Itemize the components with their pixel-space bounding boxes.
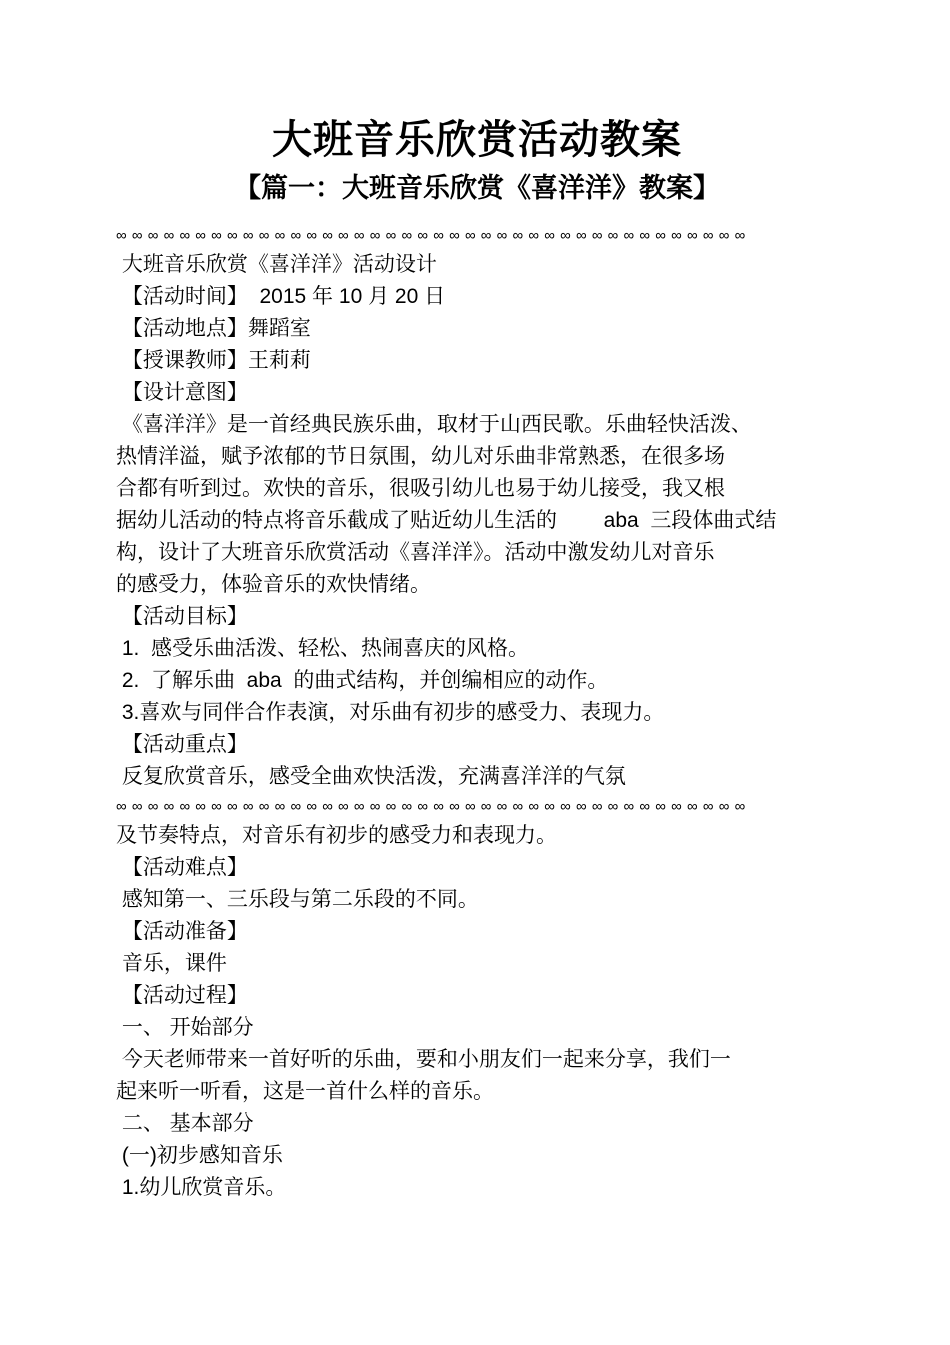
text-line: 3.喜欢与同伴合作表演，对乐曲有初步的感受力、表现力。: [116, 697, 838, 729]
document-body: ∞ ∞ ∞ ∞ ∞ ∞ ∞ ∞ ∞ ∞ ∞ ∞ ∞ ∞ ∞ ∞ ∞ ∞ ∞ ∞ …: [116, 222, 838, 1204]
text-line: 【活动时间】 2015 年 10 月 20 日: [116, 281, 838, 313]
text-line: 【活动过程】: [116, 980, 838, 1012]
text-line: 构，设计了大班音乐欣赏活动《喜洋洋》。活动中激发幼儿对音乐: [116, 537, 838, 569]
text-line: 【活动目标】: [116, 601, 838, 633]
text-line: 1. 感受乐曲活泼、轻松、热闹喜庆的风格。: [116, 633, 838, 665]
text-line: 反复欣赏音乐，感受全曲欢快活泼，充满喜洋洋的气氛: [116, 761, 838, 793]
text-line: 【授课教师】王莉莉: [116, 345, 838, 377]
text-line: 2. 了解乐曲 aba 的曲式结构，并创编相应的动作。: [116, 665, 838, 697]
text-line: 合都有听到过。欢快的音乐，很吸引幼儿也易于幼儿接受，我又根: [116, 473, 838, 505]
text-line: 【活动难点】: [116, 852, 838, 884]
infinity-divider: ∞ ∞ ∞ ∞ ∞ ∞ ∞ ∞ ∞ ∞ ∞ ∞ ∞ ∞ ∞ ∞ ∞ ∞ ∞ ∞ …: [116, 222, 838, 249]
text-line: 感知第一、三乐段与第二乐段的不同。: [116, 884, 838, 916]
text-line: 的感受力，体验音乐的欢快情绪。: [116, 569, 838, 601]
text-line: 音乐，课件: [116, 948, 838, 980]
text-line: 今天老师带来一首好听的乐曲，要和小朋友们一起来分享，我们一: [116, 1044, 838, 1076]
text-line: 【活动重点】: [116, 729, 838, 761]
text-line: 【设计意图】: [116, 377, 838, 409]
text-line: 大班音乐欣赏《喜洋洋》活动设计: [116, 249, 838, 281]
infinity-divider: ∞ ∞ ∞ ∞ ∞ ∞ ∞ ∞ ∞ ∞ ∞ ∞ ∞ ∞ ∞ ∞ ∞ ∞ ∞ ∞ …: [116, 793, 838, 820]
text-line: 《喜洋洋》是一首经典民族乐曲，取材于山西民歌。乐曲轻快活泼、: [116, 409, 838, 441]
text-line: 【活动准备】: [116, 916, 838, 948]
text-line: 据幼儿活动的特点将音乐截成了贴近幼儿生活的 aba 三段体曲式结: [116, 505, 838, 537]
page-title: 大班音乐欣赏活动教案: [116, 112, 838, 168]
text-line: 及节奏特点，对音乐有初步的感受力和表现力。: [116, 820, 838, 852]
text-line: 起来听一听看，这是一首什么样的音乐。: [116, 1076, 838, 1108]
document-page: 大班音乐欣赏活动教案 【篇一：大班音乐欣赏《喜洋洋》教案】 ∞ ∞ ∞ ∞ ∞ …: [0, 0, 950, 1345]
text-line: 二、 基本部分: [116, 1108, 838, 1140]
page-subtitle: 【篇一：大班音乐欣赏《喜洋洋》教案】: [116, 168, 838, 208]
document-content: 大班音乐欣赏活动教案 【篇一：大班音乐欣赏《喜洋洋》教案】 ∞ ∞ ∞ ∞ ∞ …: [116, 112, 838, 1204]
text-line: 一、 开始部分: [116, 1012, 838, 1044]
text-line: 1.幼儿欣赏音乐。: [116, 1172, 838, 1204]
text-line: (一)初步感知音乐: [116, 1140, 838, 1172]
text-line: 【活动地点】舞蹈室: [116, 313, 838, 345]
text-line: 热情洋溢，赋予浓郁的节日氛围，幼儿对乐曲非常熟悉，在很多场: [116, 441, 838, 473]
